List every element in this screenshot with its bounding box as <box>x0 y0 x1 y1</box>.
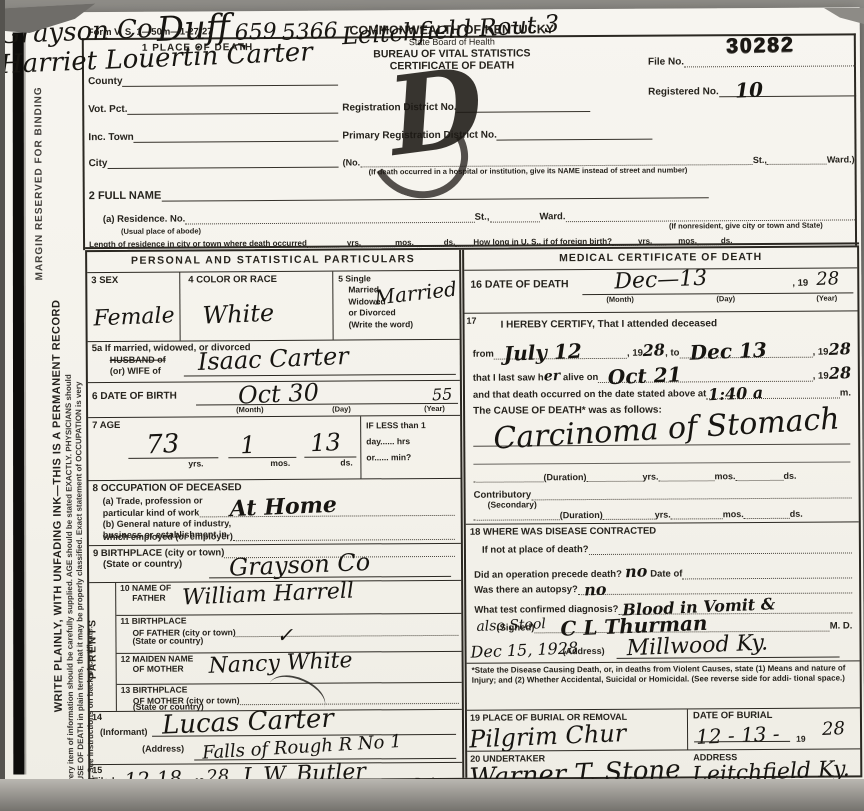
write-plainly-note: WRITE PLAINLY, WITH UNFADING INK—THIS IS… <box>50 300 65 713</box>
contrib-duration-ds: ds. <box>790 509 803 519</box>
occupation-field: 8 OCCUPATION OF DECEASED (a) Trade, prof… <box>89 479 461 546</box>
scan-bottom-edge <box>0 779 864 811</box>
informant-field: 14 (Informant) Lucas Carter (Address) Fa… <box>90 710 462 765</box>
dod-day-caption: (Day) <box>716 295 735 304</box>
birthplace-value: Grayson Co <box>229 550 371 580</box>
birthplace-field: 9 BIRTHPLACE (city or town) (State or co… <box>89 544 461 583</box>
parents-section: PARENTS 10 NAME OF FATHER William Harrel… <box>89 581 462 712</box>
cause-duration-label: (Duration) <box>543 472 586 482</box>
burial-place-value: Pilgrim Chur <box>469 721 627 751</box>
city-label: City <box>89 158 108 169</box>
personal-title: PERSONAL AND STATISTICAL PARTICULARS <box>87 253 459 267</box>
binding-bar <box>13 33 25 775</box>
marital-write-word: (Write the word) <box>349 319 414 331</box>
signed-label: (Signed) <box>496 622 534 633</box>
last-saw-year-printed: , 19 <box>813 371 829 382</box>
father-name-value: William Harrell <box>182 580 355 609</box>
dod-year-caption: (Year) <box>816 295 837 304</box>
date-of-birth-field: 6 DATE OF BIRTH Oct 30 55 (Month) (Day) … <box>88 381 460 418</box>
attended-from-value: July 12 <box>503 341 582 364</box>
certificate-body: PERSONAL AND STATISTICAL PARTICULARS 3 S… <box>85 245 862 782</box>
personal-section-header: PERSONAL AND STATISTICAL PARTICULARS <box>87 250 459 273</box>
parents-label: PARENTS <box>87 618 98 679</box>
date-of-death-field: 16 DATE OF DEATH Dec—13 , 19 28 (Month) … <box>464 268 857 313</box>
undertaker-address-field: ADDRESS Leitchfield Ky. <box>688 749 860 750</box>
marital-option-divorced: or Divorced <box>348 308 413 320</box>
death-time-value: 1:40 a <box>708 385 764 403</box>
informant-number: 14 <box>92 712 102 722</box>
scanned-death-certificate: { "margin": { "binding": "MARGIN RESERVE… <box>0 0 864 811</box>
spouse-field: 5a If married, widowed, or divorced HUSB… <box>88 340 460 383</box>
autopsy-value: no <box>584 582 607 599</box>
father-bp-label1: 11 BIRTHPLACE <box>120 617 186 627</box>
operation-value: no <box>625 563 648 580</box>
attended-from-label: from <box>473 349 494 360</box>
dod-value: Dec—13 <box>614 268 708 294</box>
abode-note: (Usual place of abode) <box>121 227 201 236</box>
voting-precinct-label: Vot. Pct. <box>88 104 127 115</box>
age-yrs-label: yrs. <box>188 459 203 469</box>
autopsy-label: Was there an autopsy? <box>474 584 578 596</box>
if-less-line3: or...... min? <box>366 453 411 463</box>
residence-label: (a) Residence. No. <box>103 214 185 226</box>
contrib-duration-label: (Duration) <box>560 510 603 520</box>
burial-place-field: 19 PLACE OF BURIAL OR REMOVAL Pilgrim Ch… <box>467 709 688 750</box>
marital-status-field: 5 Single Married Widowed or Divorced (Wr… <box>333 271 459 340</box>
parents-label-cell: PARENTS <box>89 583 117 711</box>
contrib-duration-mos: mos. <box>723 509 744 519</box>
mother-name-label2: OF MOTHER <box>133 665 184 675</box>
color-race-value: White <box>202 301 275 328</box>
last-saw-value: Oct 21 <box>608 364 682 387</box>
filed-number: 15 <box>92 765 102 775</box>
age-months-value: 1 <box>240 433 256 458</box>
attended-to-year: 28 <box>828 341 851 358</box>
sex-field: 3 SEX Female <box>87 273 180 342</box>
file-no-label: File No. <box>648 56 684 67</box>
occupation-b-line1: (b) General nature of industry, <box>103 518 231 529</box>
dob-month-caption: (Month) <box>236 406 264 415</box>
father-bp-label3: (State or country) <box>132 636 203 646</box>
occupation-a-value: At Home <box>229 494 337 520</box>
sex-value: Female <box>93 305 175 330</box>
age-label: 7 AGE <box>92 421 120 432</box>
city-no-label: (No. <box>343 157 361 167</box>
if-less-than-day-field: IF LESS than 1 day...... hrs or...... mi… <box>361 416 460 479</box>
where-contracted-label: 18 WHERE WAS DISEASE CONTRACTED <box>470 527 656 539</box>
binding-margin-text: MARGIN RESERVED FOR BINDING <box>33 86 45 280</box>
footnote-line1: *State the Disease Causing Death, or, in… <box>472 664 700 674</box>
death-time-m-label: m. <box>840 387 851 398</box>
city-st-label: St., <box>753 155 767 165</box>
cause-duration-mos: mos. <box>714 471 735 481</box>
disease-contracted-block: 18 WHERE WAS DISEASE CONTRACTED If not a… <box>466 522 860 663</box>
father-bp-value: ✓ <box>276 625 294 646</box>
dod-label: 16 DATE OF DEATH <box>470 278 568 291</box>
dod-year-value: 28 <box>816 270 840 289</box>
husband-of-label: HUSBAND of <box>110 355 166 366</box>
occupation-a-line2: particular kind of work <box>103 507 200 518</box>
father-birthplace-field: 11 BIRTHPLACE OF FATHER (city or town) (… <box>116 614 461 654</box>
md-label: M. D. <box>830 620 853 631</box>
age-field: 7 AGE 73 yrs. 1 mos. 13 ds. <box>88 416 361 480</box>
age-ds-label: ds. <box>340 458 352 468</box>
cause-duration-yrs: yrs. <box>642 472 658 482</box>
occupation-b-line3: which employed (or employer) <box>103 531 233 542</box>
informant-value: Lucas Carter <box>162 706 335 739</box>
father-name-field: 10 NAME OF FATHER William Harrell <box>116 581 461 616</box>
color-race-label: 4 COLOR OR RACE <box>188 275 277 286</box>
scan-left-edge <box>0 0 5 811</box>
full-name-label: 2 FULL NAME <box>89 190 162 202</box>
registration-district-label: Registration District No. <box>342 102 457 114</box>
inc-town-label: Inc. Town <box>88 132 133 143</box>
mother-name-value: Nancy White <box>208 650 353 678</box>
dod-month-caption: (Month) <box>606 296 634 305</box>
contrib-duration-yrs: yrs. <box>655 510 671 520</box>
informant-label: (Informant) <box>100 727 148 738</box>
birthplace-label: 9 BIRTHPLACE (city or town) <box>93 547 224 559</box>
wife-of-label: (or) WIFE of <box>110 366 161 377</box>
cause-duration-ds: ds. <box>783 471 796 481</box>
father-name-label2: FATHER <box>132 594 165 604</box>
attended-to-value: Dec 13 <box>689 340 767 363</box>
occupation-title: 8 OCCUPATION OF DECEASED <box>93 482 242 494</box>
burial-date-label: DATE OF BURIAL <box>693 711 773 722</box>
attended-from-year: 28 <box>643 342 666 359</box>
last-saw-her: er <box>543 369 560 384</box>
sex-label: 3 SEX <box>91 276 118 287</box>
medical-title: MEDICAL CERTIFICATE OF DEATH <box>464 250 857 264</box>
age-years-value: 73 <box>146 431 180 458</box>
dob-label: 6 DATE OF BIRTH <box>92 391 177 403</box>
hospital-note: (If death occurred in a hospital or inst… <box>369 166 688 177</box>
alive-on-label: alive on <box>563 372 598 383</box>
dob-year-value: 55 <box>432 387 453 404</box>
dod-year-printed: , 19 <box>792 279 808 290</box>
residence-st-label: St., <box>475 212 490 223</box>
last-saw-label: that I last saw h <box>473 372 544 383</box>
certify-number: 17 <box>466 316 476 326</box>
nonresident-note: (If nonresident, give city or town and S… <box>669 222 823 232</box>
medical-column: MEDICAL CERTIFICATE OF DEATH 16 DATE OF … <box>464 247 860 777</box>
dob-year-caption: (Year) <box>424 405 445 414</box>
footnote-line4: tional space.) <box>794 674 845 683</box>
burial-year-printed: 19 <box>796 735 806 745</box>
age-mos-label: mos. <box>270 459 290 469</box>
from-year-printed: , 19 <box>627 348 643 359</box>
color-race-field: 4 COLOR OR RACE White <box>180 272 333 341</box>
registered-no-label: Registered No. <box>648 86 719 97</box>
burial-date-value: 12 - 13 - <box>696 723 780 746</box>
undertaker-field: 20 UNDERTAKER Warner T. Stone <box>467 750 688 751</box>
registered-no-value: 10 <box>734 79 763 100</box>
test-confirmed-label: What test confirmed diagnosis? <box>474 604 618 616</box>
city-ward-label: Ward.) <box>827 154 855 164</box>
operation-date-of-label: Date of <box>650 568 682 579</box>
certificate-title: CERTIFICATE OF DEATH <box>322 59 582 73</box>
if-not-place-label: If not at place of death? <box>482 544 589 556</box>
residence-ward-label: Ward. <box>539 211 565 222</box>
attended-to-label: , to <box>665 347 679 358</box>
personal-column: PERSONAL AND STATISTICAL PARTICULARS 3 S… <box>87 250 467 780</box>
nb-note-line2: state CAUSE OF DEATH in plain terms, tha… <box>74 382 86 811</box>
last-saw-year: 28 <box>828 365 851 382</box>
spouse-value: Isaac Carter <box>197 344 349 374</box>
certificate-sheet: MARGIN RESERVED FOR BINDING WRITE PLAINL… <box>0 7 864 788</box>
occupation-a-line1: (a) Trade, profession or <box>103 495 203 506</box>
footnote-line3: Accidental, Suicidal or Homicidal. (See … <box>561 674 792 684</box>
death-occurred-label: and that death occurred on the date stat… <box>473 388 706 400</box>
burial-date-field: DATE OF BURIAL 12 - 13 - 19 28 <box>688 708 860 749</box>
dob-day-caption: (Day) <box>332 405 351 414</box>
age-days-value: 13 <box>310 430 342 455</box>
informant-address-label: (Address) <box>142 744 184 755</box>
cause-footnote: *State the Disease Causing Death, or, in… <box>467 661 860 710</box>
county-label: County <box>88 76 123 87</box>
if-less-line1: IF LESS than 1 <box>366 421 426 431</box>
to-year-printed: , 19 <box>813 347 829 358</box>
burial-year-value: 28 <box>822 720 846 739</box>
birthplace-sub-label: (State or country) <box>103 560 182 571</box>
certification-block: 17 I HEREBY CERTIFY, That I attended dec… <box>464 311 858 524</box>
physician-address-label: (Address) <box>563 646 605 657</box>
if-less-line2: day...... hrs <box>366 437 410 447</box>
primary-registration-district-label: Primary Registration District No. <box>342 130 497 142</box>
certify-statement: I HEREBY CERTIFY, That I attended deceas… <box>501 318 718 331</box>
